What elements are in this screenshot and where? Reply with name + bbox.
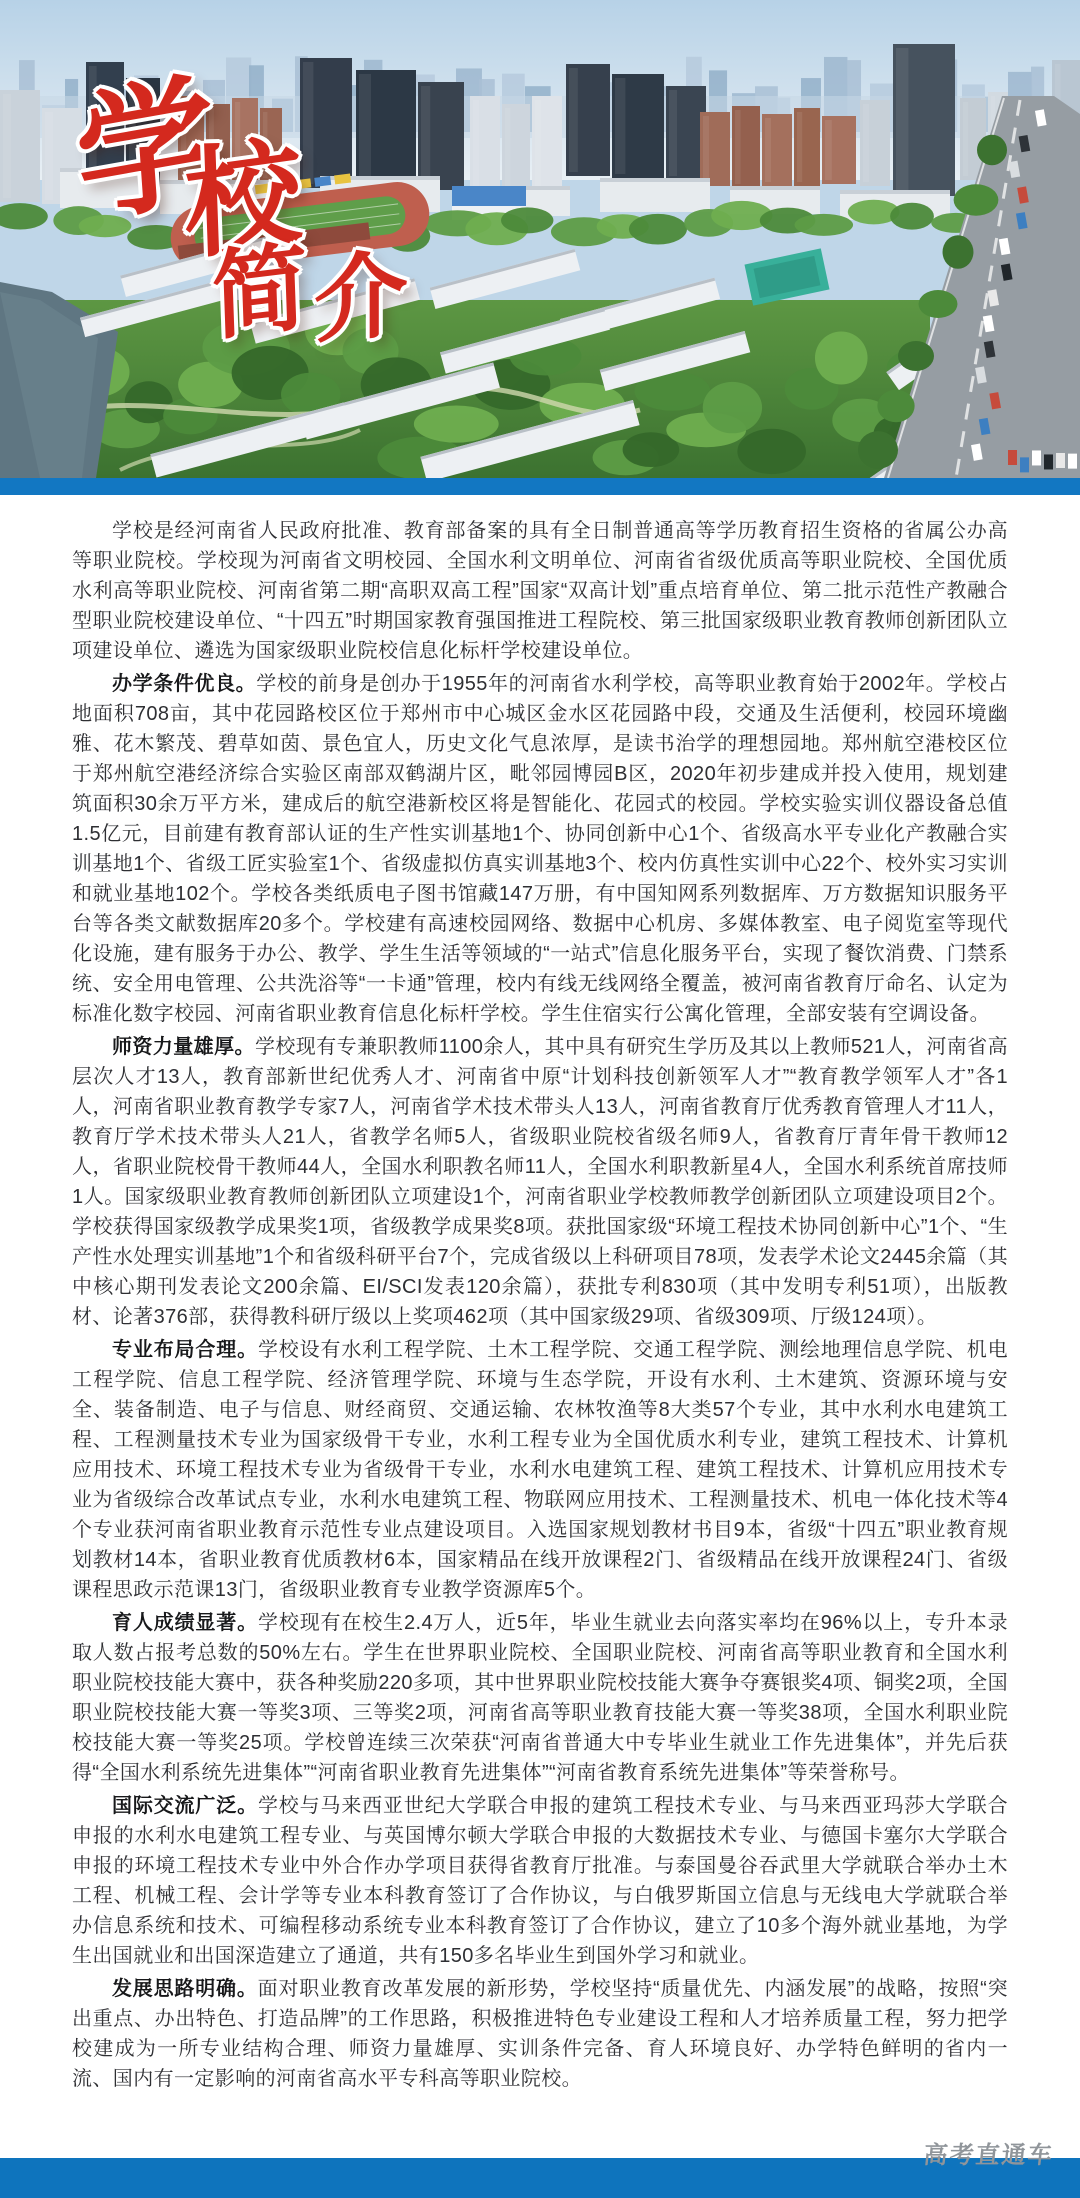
hero-title-char-3: 简 bbox=[211, 238, 310, 346]
intro-paragraph-faculty: 师资力量雄厚。学校现有专兼职教师1100余人，其中具有研究生学历及其以上教师52… bbox=[72, 1032, 1008, 1332]
footer-bar bbox=[0, 2158, 1080, 2198]
paragraph-lead: 专业布局合理。 bbox=[112, 1339, 258, 1361]
intro-paragraph-majors: 专业布局合理。学校设有水利工程学院、土木工程学院、交通工程学院、测绘地理信息学院… bbox=[72, 1335, 1008, 1605]
watermark-logo: 高考直通车 bbox=[922, 2135, 1056, 2170]
hero-photo-section: 学 校 简 介 bbox=[0, 0, 1080, 478]
blue-divider-bar bbox=[0, 478, 1080, 495]
paragraph-lead: 育人成绩显著。 bbox=[112, 1612, 258, 1634]
paragraph-text: 学校现有专兼职教师1100余人，其中具有研究生学历及其以上教师521人，河南省高… bbox=[72, 1036, 1008, 1328]
intro-paragraph-achievements: 育人成绩显著。学校现有在校生2.4万人，近5年，毕业生就业去向落实率均在96%以… bbox=[72, 1608, 1008, 1788]
paragraph-text: 学校的前身是创办于1955年的河南省水利学校，高等职业教育始于2002年。学校占… bbox=[72, 673, 1008, 1025]
paragraph-text: 学校是经河南省人民政府批准、教育部备案的具有全日制普通高等学历教育招生资格的省属… bbox=[72, 520, 1008, 662]
paragraph-text: 学校设有水利工程学院、土木工程学院、交通工程学院、测绘地理信息学院、机电工程学院… bbox=[72, 1339, 1008, 1601]
paragraph-lead: 办学条件优良。 bbox=[112, 673, 256, 695]
paragraph-text: 学校与马来西亚世纪大学联合申报的建筑工程技术专业、与马来西亚玛莎大学联合申报的水… bbox=[72, 1795, 1008, 1967]
paragraph-lead: 国际交流广泛。 bbox=[112, 1795, 258, 1817]
intro-paragraph-overview: 学校是经河南省人民政府批准、教育部备案的具有全日制普通高等学历教育招生资格的省属… bbox=[72, 516, 1008, 666]
paragraph-lead: 发展思路明确。 bbox=[112, 1978, 258, 2000]
paragraph-text: 学校现有在校生2.4万人，近5年，毕业生就业去向落实率均在96%以上，专升本录取… bbox=[72, 1612, 1008, 1784]
intro-paragraph-conditions: 办学条件优良。学校的前身是创办于1955年的河南省水利学校，高等职业教育始于20… bbox=[72, 669, 1008, 1029]
hero-title-char-4: 介 bbox=[314, 248, 408, 351]
intro-paragraph-development: 发展思路明确。面对职业教育改革发展的新形势，学校坚持“质量优先、内涵发展”的战略… bbox=[72, 1974, 1008, 2094]
intro-paragraph-international: 国际交流广泛。学校与马来西亚世纪大学联合申报的建筑工程技术专业、与马来西亚玛莎大… bbox=[72, 1791, 1008, 1971]
intro-article: 学校是经河南省人民政府批准、教育部备案的具有全日制普通高等学历教育招生资格的省属… bbox=[0, 495, 1080, 2158]
paragraph-lead: 师资力量雄厚。 bbox=[112, 1036, 255, 1058]
school-intro-poster: 学 校 简 介 学校是经河南省人民政府批准、教育部备案的具有全日制普通高等学历教… bbox=[0, 0, 1080, 2158]
